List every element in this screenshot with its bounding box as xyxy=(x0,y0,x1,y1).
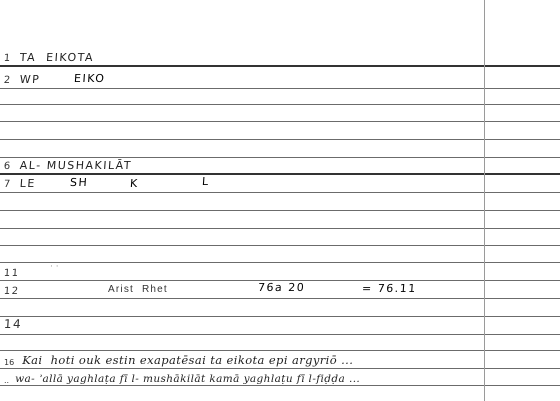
card-line-1: 1 TA EIKOTA xyxy=(3,48,94,64)
transliteration-k: K xyxy=(130,177,140,190)
rule-line xyxy=(0,262,560,263)
rule-line xyxy=(0,88,560,89)
line-number: 11 xyxy=(3,268,20,279)
rule-line xyxy=(0,192,560,193)
line-number: 14 xyxy=(3,317,22,331)
card-line-6: 6 AL- MUSHAKILĀT xyxy=(3,156,132,172)
line-text-2: EIKO xyxy=(74,72,106,85)
line-number: 2 xyxy=(3,75,12,86)
stray-marks: · · xyxy=(50,262,59,272)
equivalent-reference: = 76.11 xyxy=(362,282,418,295)
rule-line xyxy=(0,210,560,211)
rule-line xyxy=(0,245,560,246)
transliteration-sh: SH xyxy=(70,176,89,189)
line-text: LE xyxy=(19,177,36,190)
rule-line xyxy=(0,104,560,105)
rule-line xyxy=(0,121,560,122)
line-number: 12 xyxy=(3,286,20,297)
card-line-2: 2 WP xyxy=(3,70,41,86)
rule-line xyxy=(0,65,560,67)
card-line-11: 11 xyxy=(3,263,28,279)
card-line-7: 7 LE xyxy=(3,174,36,190)
line-number: 1 xyxy=(3,53,12,64)
rule-line xyxy=(0,316,560,317)
transliteration-l: L xyxy=(202,175,211,188)
line-text: WP xyxy=(19,73,40,86)
rule-line xyxy=(0,385,560,386)
greek-transliteration: Kai hoti ouk estin exapatēsai ta eikota … xyxy=(22,353,353,367)
line-marker: .. xyxy=(4,376,9,385)
rule-line xyxy=(0,298,560,299)
card-line-17: .. wa- ʾallā yaghlaṭa fī l- mushākilāt k… xyxy=(4,369,360,385)
line-text: AL- MUSHAKILĀT xyxy=(19,159,132,172)
card-line-14: 14 xyxy=(3,315,30,331)
rule-line xyxy=(0,173,560,175)
line-text: TA EIKOTA xyxy=(19,51,94,64)
card-line-16: 16 Kai hoti ouk estin exapatēsai ta eiko… xyxy=(4,351,353,367)
margin-rule xyxy=(484,0,485,401)
arabic-transliteration: wa- ʾallā yaghlaṭa fī l- mushākilāt kamā… xyxy=(15,373,360,385)
page-reference: 76a 20 xyxy=(258,281,306,294)
line-number: 16 xyxy=(4,358,14,367)
card-line-12: 12 xyxy=(3,281,28,297)
rule-line xyxy=(0,334,560,335)
line-number: 7 xyxy=(3,179,12,190)
rule-line xyxy=(0,228,560,229)
line-number: 6 xyxy=(3,161,12,172)
index-card: 1 TA EIKOTA 2 WP EIKO 6 AL- MUSHAKILĀT 7… xyxy=(0,0,560,401)
source-reference: Arist Rhet xyxy=(108,284,168,295)
rule-line xyxy=(0,139,560,140)
